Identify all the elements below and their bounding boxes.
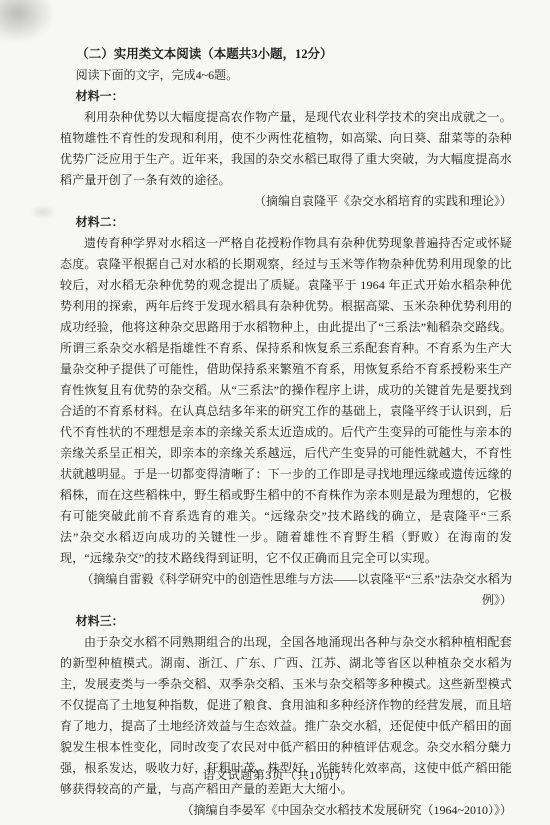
scan-artifact-left-edge (30, 205, 56, 219)
material-2-text: 遗传育种学界对水稻这一严格自花授粉作物具有杂种优势现象普遍持否定或怀疑态度。袁隆… (60, 233, 512, 569)
material-1-citation: （摘编自袁隆平《杂交水稻培育的实践和理论》） (60, 191, 512, 212)
material-1-text: 利用杂种优势以大幅度提高农作物产量，是现代农业科学技术的突出成就之一。植物雄性不… (60, 107, 512, 191)
section-heading: （二）实用类文本阅读（本题共3小题，12分） (60, 44, 512, 65)
material-2-citation: （摘编自雷毅《科学研究中的创造性思维与方法——以袁隆平“三系”法杂交水稻为例》） (60, 569, 512, 611)
exam-page: （二）实用类文本阅读（本题共3小题，12分） 阅读下面的文字，完成4~6题。 材… (0, 0, 550, 825)
section-instruction: 阅读下面的文字，完成4~6题。 (60, 65, 512, 86)
material-2-label: 材料二： (60, 212, 512, 233)
page-content: （二）实用类文本阅读（本题共3小题，12分） 阅读下面的文字，完成4~6题。 材… (60, 44, 512, 821)
page-footer: 语文试题第3页（共10页） (0, 766, 550, 783)
material-3-label: 材料三： (60, 611, 512, 632)
material-3-citation: （摘编自李晏军《中国杂交水稻技术发展研究（1964~2010）》） (60, 800, 512, 821)
scan-artifact-corner (0, 0, 52, 41)
material-1-label: 材料一： (60, 86, 512, 107)
